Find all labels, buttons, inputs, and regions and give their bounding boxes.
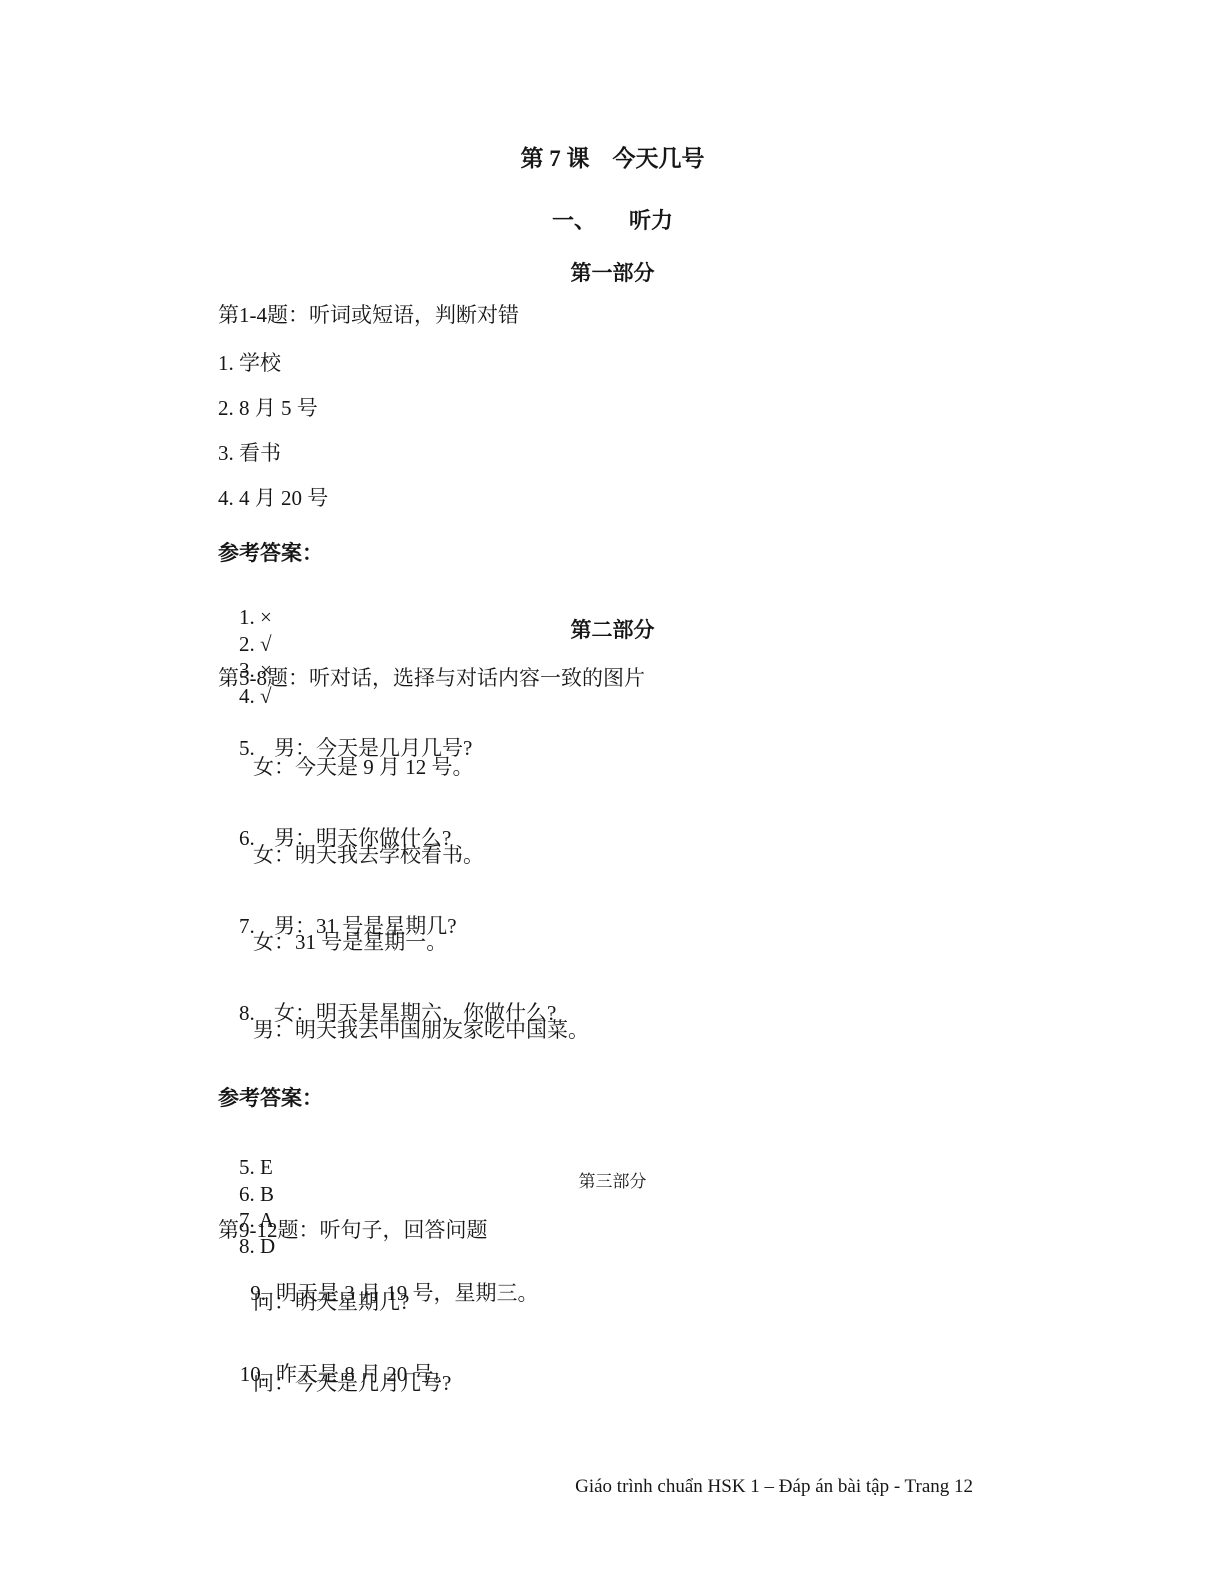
dialog-reply: 女：明天我去学校看书。 (253, 842, 484, 868)
dialog-reply: 女：31 号是星期一。 (253, 929, 447, 955)
document-page: 第 7 课 今天几号 一、 听力 第一部分 第1-4题：听词或短语，判断对错 1… (0, 0, 1225, 1585)
dialog-reply: 男：明天我去中国朋友家吃中国菜。 (253, 1017, 589, 1043)
part2-instruction: 第5-8题：听对话，选择与对话内容一致的图片 (218, 665, 645, 691)
part3-item-question: 问：明天星期几? (253, 1289, 409, 1315)
page-footer: Giáo trình chuẩn HSK 1 – Đáp án bài tập … (575, 1476, 973, 1498)
part1-heading: 第一部分 (0, 260, 1225, 286)
part1-answers-label: 参考答案： (218, 540, 323, 566)
part2-answers-label: 参考答案： (218, 1085, 323, 1111)
part1-item: 2. 8 月 5 号 (218, 395, 318, 421)
part1-instruction: 第1-4题：听词或短语，判断对错 (218, 302, 519, 328)
dialog-reply: 女：今天是 9 月 12 号。 (253, 754, 474, 780)
part3-item-question: 问：今天是几月几号? (253, 1370, 451, 1396)
part3-instruction: 第9-12题：听句子，回答问题 (218, 1217, 488, 1243)
part1-item: 4. 4 月 20 号 (218, 485, 328, 511)
lesson-title: 第 7 课 今天几号 (0, 145, 1225, 174)
part3-heading: 第三部分 (0, 1171, 1225, 1192)
listening-section-heading: 一、 听力 (0, 207, 1225, 235)
part2-heading: 第二部分 (0, 617, 1225, 643)
part1-item: 1. 学校 (218, 350, 281, 376)
part1-item: 3. 看书 (218, 440, 281, 466)
